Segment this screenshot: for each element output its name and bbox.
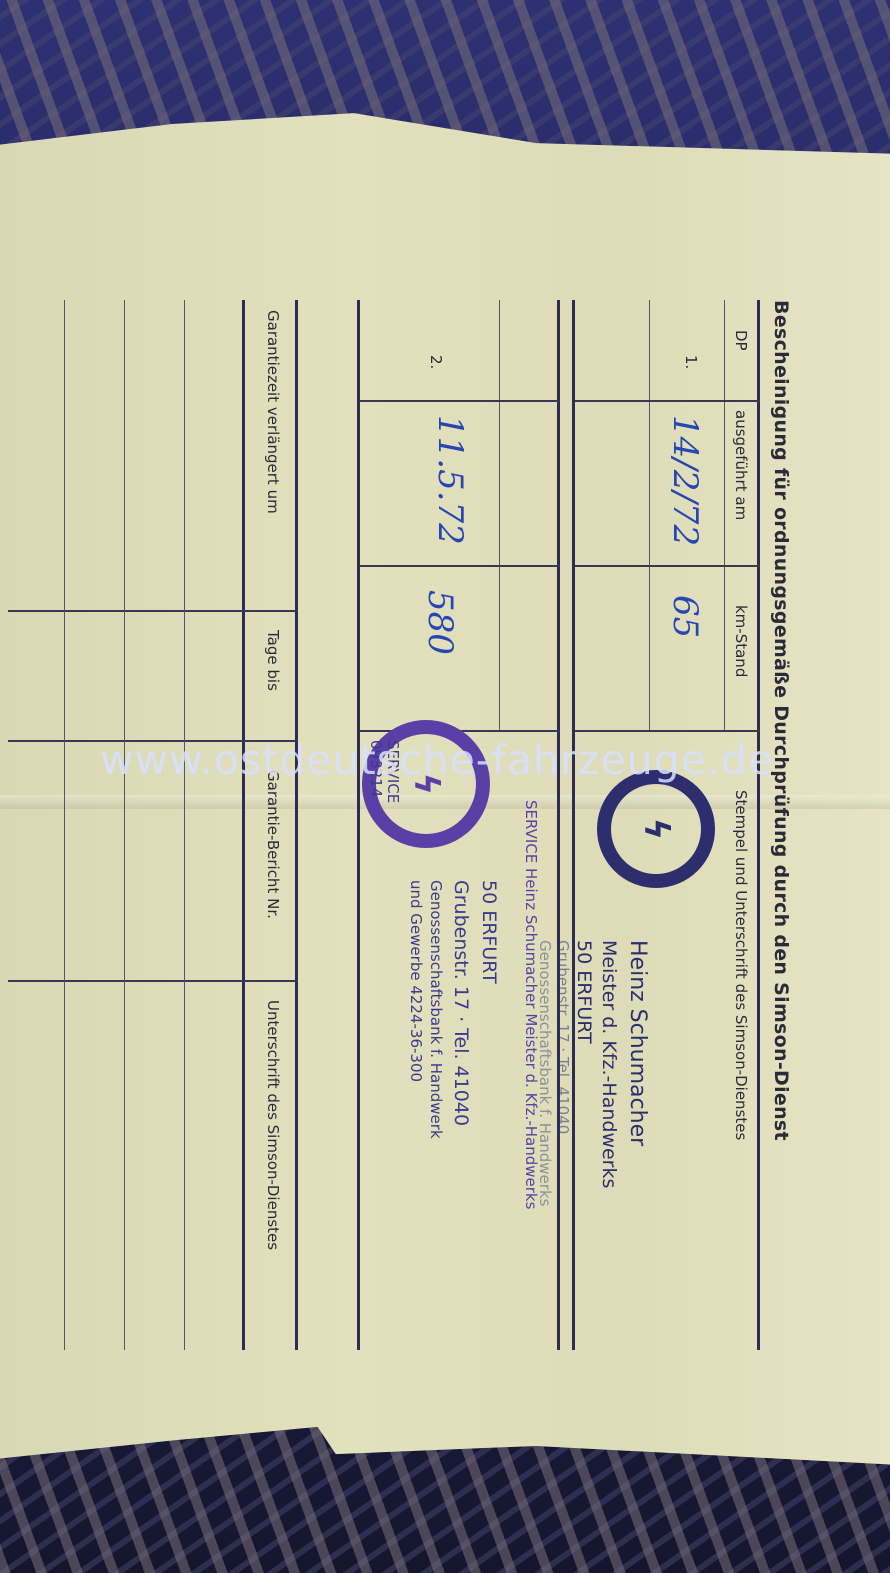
row-2-dp: 2. [427,355,445,369]
rotated-document: Bescheinigung für ordnungsgemäße Durchpr… [0,300,800,1360]
warranty-header-border [242,300,245,1350]
row-2-date: 11.5.72 [430,415,470,545]
row-1-km: 65 [665,595,705,638]
warranty-row-line-1 [184,300,185,1350]
stamp-1-street: Grubenstr. 17 · Tel. 41040 [554,940,572,1134]
warranty-header-days-until: Tage bis [264,630,282,691]
header-separator [724,300,725,730]
warranty-col-divider-3 [8,980,298,982]
table-bottom-border [572,300,575,1350]
col-divider-3 [575,730,760,732]
row-1-dp: 1. [682,355,700,369]
warranty-top-border [295,300,298,1350]
table-top-border [757,300,760,1350]
header-km-reading: km-Stand [732,605,750,677]
simson-logo-stamp-icon: ϟ [597,770,715,888]
stamp-1-title: Meister d. Kfz.-Handwerks [598,940,620,1188]
col-divider-2 [575,565,760,567]
stamp-1-city: 50 ERFURT [573,940,595,1044]
row-2-col-divider-2 [360,565,560,567]
col-divider-1 [575,400,760,402]
warranty-row-line-3 [64,300,65,1350]
stamp-2-bank-line-1: Genossenschaftsbank f. Handwerk [427,880,445,1139]
stamp-1-name: Heinz Schumacher [625,940,650,1146]
row-separator [649,300,650,730]
row-2-top-border [557,300,560,1350]
watermark: www.ostdeutsche-fahrzeuge.de [100,736,774,784]
row-2-bottom-border [357,300,360,1350]
header-stamp-signature: Stempel und Unterschrift des Simson-Dien… [732,790,750,1140]
row-1-date: 14/2/72 [665,415,705,546]
document-title: Bescheinigung für ordnungsgemäße Durchpr… [770,300,792,1141]
header-dp: DP [732,330,750,351]
row-2-separator [499,300,500,730]
warranty-header-signature: Unterschrift des Simson-Dienstes [264,1000,282,1250]
header-performed-on: ausgeführt am [732,410,750,520]
row-2-col-divider-1 [360,400,560,402]
stamp-2-street: Grubenstr. 17 · Tel. 41040 [450,880,472,1126]
stamp-2-bank-line-2: und Gewerbe 4224-36-300 [407,880,425,1082]
warranty-header-extended-by: Garantiezeit verlängert um [264,310,282,514]
row-2-km: 580 [420,590,460,655]
stamp-2-overlay: SERVICE Heinz Schumacher Meister d. Kfz.… [522,800,540,1209]
warranty-row-line-2 [124,300,125,1350]
warranty-col-divider-1 [8,610,298,612]
stamp-2-city: 50 ERFURT [478,880,500,984]
warranty-header-report-no: Garantie-Bericht Nr. [264,770,282,919]
